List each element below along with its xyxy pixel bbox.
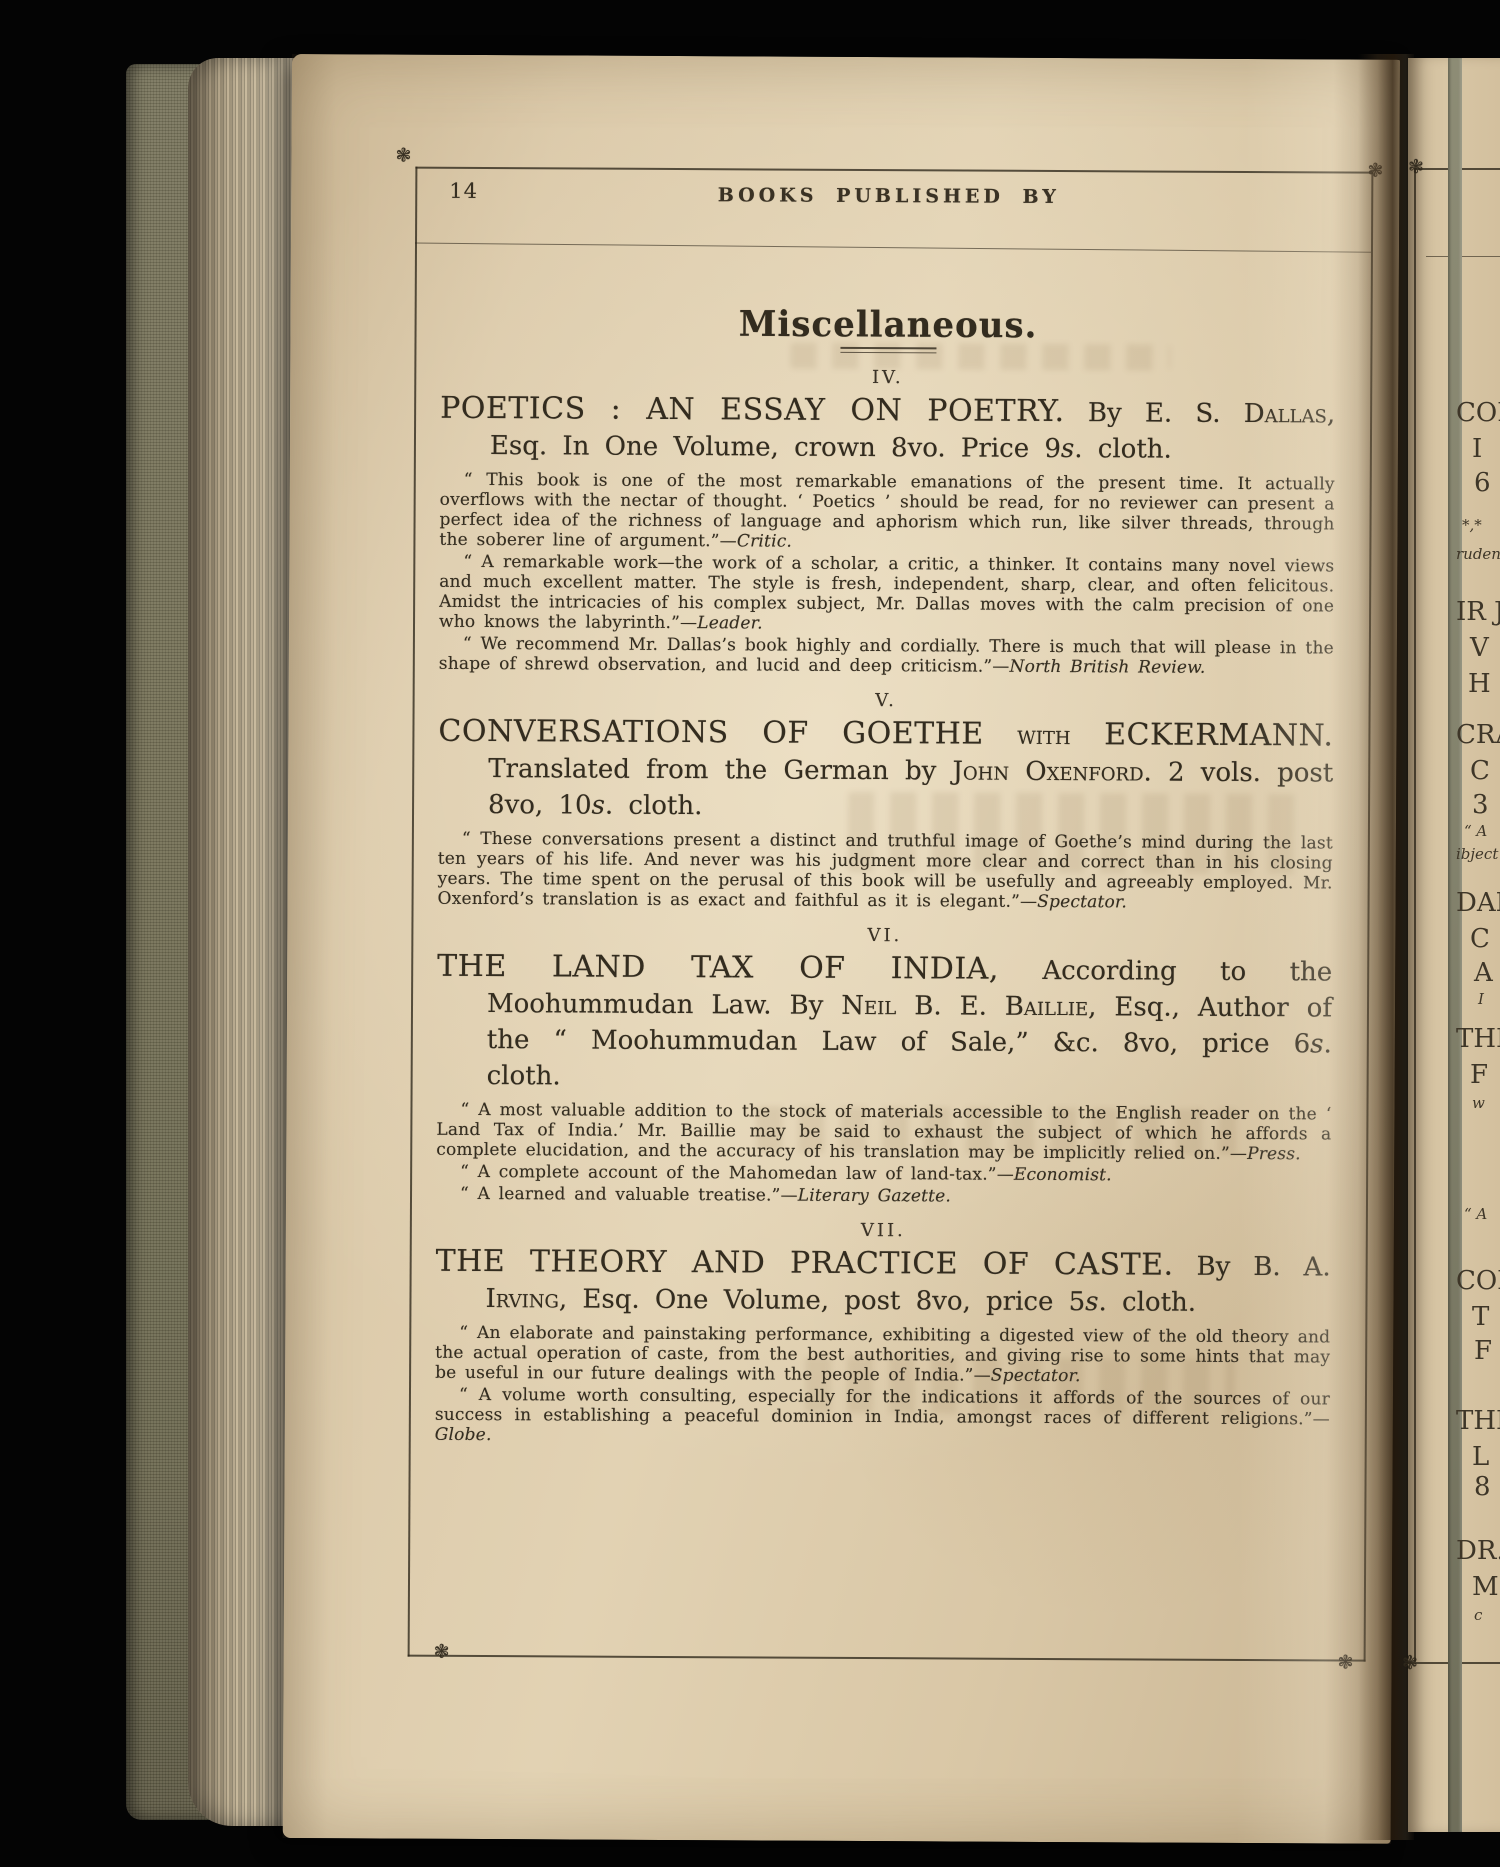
- next-page-text-fragment: CON: [1456, 1266, 1500, 1296]
- entry-reviews: “ This book is one of the most remarkabl…: [439, 470, 1335, 679]
- title-segment: THE THEORY AND PRACTICE OF CASTE.: [436, 1244, 1174, 1283]
- title-segment: s: [591, 791, 605, 821]
- page-content: Miscellaneous. IV. POETICS : AN ESSAY ON…: [435, 295, 1336, 1452]
- next-page-text-fragment: c: [1474, 1606, 1482, 1624]
- entry-title: THE LAND TAX OF INDIA, According to the …: [437, 949, 1333, 1099]
- next-page-frame-left-rule: [1414, 168, 1416, 1662]
- running-header: BOOKS PUBLISHED BY: [441, 183, 1336, 210]
- title-segment: Translated from the German by: [488, 754, 952, 786]
- review-source: Press.: [1247, 1144, 1301, 1164]
- review-quote: “ These conversations present a distinct…: [438, 829, 1333, 914]
- title-segment: , Esq. One Volume, post 8vo, price 5: [559, 1284, 1085, 1317]
- next-page-text-fragment: L: [1472, 1442, 1489, 1472]
- review-quote: “ An elaborate and painstaking performan…: [435, 1323, 1330, 1388]
- title-segment: Irving: [485, 1284, 559, 1314]
- review-text: “ These conversations present a distinct…: [438, 829, 1333, 912]
- fleuron-ornament-icon: ❃: [1408, 158, 1424, 177]
- review-source: Literary Gazette.: [798, 1186, 951, 1207]
- review-source: Critic.: [737, 531, 792, 551]
- next-page-text-fragment: THE: [1456, 1406, 1500, 1436]
- fleuron-ornament-icon: ❃: [1338, 1653, 1354, 1672]
- gutter-shadow: [1358, 54, 1414, 1840]
- review-source: Economist.: [1014, 1165, 1112, 1186]
- next-page-text-fragment: rudenc: [1456, 545, 1500, 563]
- review-quote: “ A complete account of the Mahomedan la…: [436, 1162, 1331, 1187]
- next-page-text-fragment: F: [1474, 1336, 1492, 1366]
- next-page-text-fragment: H: [1468, 669, 1491, 699]
- frame-top-rule: [415, 167, 1373, 174]
- entry-numeral: VII.: [436, 1218, 1331, 1244]
- entry-numeral: VI.: [437, 923, 1332, 949]
- next-page-text-fragment: “ A: [1464, 822, 1487, 840]
- entry-numeral: V.: [439, 688, 1334, 714]
- entry-reviews: “ An elaborate and painstaking performan…: [435, 1323, 1331, 1450]
- entry-reviews: “ A most valuable addition to the stock …: [436, 1100, 1332, 1209]
- title-segment: with: [1017, 721, 1070, 751]
- title-segment: John Oxenford: [952, 756, 1143, 787]
- next-page-fragments: COMI6*,*rudencIR JVHCRAC3“ AibjectDARCAI…: [1456, 0, 1500, 1867]
- title-segment: ECKERMANN.: [1071, 717, 1334, 753]
- title-segment: s: [1310, 1029, 1324, 1059]
- review-quote: “ A learned and valuable treatise.”—Lite…: [436, 1184, 1331, 1209]
- review-source: Spectator.: [991, 1366, 1081, 1386]
- review-text: “ A most valuable addition to the stock …: [436, 1100, 1331, 1164]
- review-text: “ A learned and valuable treatise.”—: [460, 1184, 798, 1206]
- review-quote: “ A remarkable work—the work of a schola…: [439, 552, 1334, 637]
- next-page-text-fragment: I: [1472, 434, 1482, 464]
- catalog-entry-vii: VII. THE THEORY AND PRACTICE OF CASTE. B…: [435, 1218, 1331, 1450]
- category-heading-rule: [840, 347, 936, 354]
- catalog-entry-vi: VI. THE LAND TAX OF INDIA, According to …: [436, 923, 1332, 1209]
- next-page-text-fragment: I: [1478, 990, 1484, 1008]
- next-page-text-fragment: *,*: [1462, 516, 1482, 534]
- frame-bottom-rule: [408, 1655, 1366, 1662]
- title-segment: Dallas: [1244, 399, 1327, 429]
- next-page-text-fragment: w: [1472, 1094, 1485, 1112]
- review-text: “ A volume worth consulting, especially …: [435, 1385, 1330, 1430]
- review-source: Leader.: [697, 613, 763, 633]
- review-quote: “ This book is one of the most remarkabl…: [439, 470, 1334, 555]
- entry-reviews: “ These conversations present a distinct…: [438, 829, 1333, 914]
- review-source: North British Review.: [1009, 657, 1205, 678]
- next-page-text-fragment: V: [1470, 633, 1489, 663]
- next-page-text-fragment: THE: [1456, 1024, 1500, 1054]
- title-segment: By E. S.: [1065, 398, 1244, 429]
- next-page-text-fragment: DR.: [1456, 1536, 1500, 1566]
- title-segment: . cloth.: [605, 791, 703, 822]
- next-page-text-fragment: COM: [1456, 398, 1500, 428]
- next-page-text-fragment: 6: [1474, 468, 1491, 498]
- fleuron-ornament-icon: ❃: [1402, 1654, 1418, 1673]
- review-text: “ An elaborate and painstaking performan…: [435, 1323, 1330, 1386]
- catalog-entry-iv: IV. POETICS : AN ESSAY ON POETRY. By E. …: [439, 365, 1336, 679]
- review-source: Globe.: [435, 1425, 492, 1445]
- title-segment: s: [1061, 434, 1075, 464]
- catalog-entry-v: V. CONVERSATIONS OF GOETHE with ECKERMAN…: [438, 688, 1334, 914]
- next-page-text-fragment: F: [1470, 1060, 1488, 1090]
- next-page-text-fragment: C: [1470, 924, 1490, 954]
- next-page-text-fragment: DAR: [1456, 888, 1500, 918]
- entry-numeral: IV.: [440, 365, 1335, 391]
- next-page-text-fragment: T: [1472, 1302, 1489, 1332]
- review-text: “ This book is one of the most remarkabl…: [439, 470, 1334, 551]
- category-heading: Miscellaneous.: [440, 302, 1335, 348]
- entry-title: CONVERSATIONS OF GOETHE with ECKERMANN. …: [438, 714, 1334, 828]
- review-text: “ A remarkable work—the work of a schola…: [439, 552, 1334, 633]
- frame-left-rule: [408, 167, 417, 1657]
- title-segment: . cloth.: [1098, 1287, 1196, 1318]
- review-text: “ A complete account of the Mahomedan la…: [460, 1162, 1014, 1185]
- review-source: Spectator.: [1037, 892, 1127, 912]
- entry-title: POETICS : AN ESSAY ON POETRY. By E. S. D…: [440, 391, 1335, 469]
- next-page-text-fragment: C: [1470, 756, 1490, 786]
- review-quote: “ We recommend Mr. Dallas’s book highly …: [439, 634, 1334, 679]
- fleuron-ornament-icon: ❃: [434, 1643, 450, 1662]
- next-page-text-fragment: CRA: [1456, 720, 1500, 750]
- catalog-page: ❃ ❃ ❃ ❃ 14 BOOKS PUBLISHED BY Miscellane…: [283, 54, 1400, 1844]
- next-page-text-fragment: ibject: [1456, 845, 1498, 863]
- title-segment: POETICS : AN ESSAY ON POETRY.: [440, 391, 1065, 429]
- review-quote: “ A volume worth consulting, especially …: [435, 1385, 1330, 1450]
- next-page-text-fragment: M: [1472, 1572, 1499, 1602]
- book-scan-photo: ❃ ❃ ❃ ❃ 14 BOOKS PUBLISHED BY Miscellane…: [0, 0, 1500, 1867]
- next-page-text-fragment: IR J: [1456, 597, 1500, 627]
- review-quote: “ A most valuable addition to the stock …: [436, 1100, 1331, 1165]
- title-segment: Neil B. E. Baillie: [841, 991, 1088, 1022]
- header-rule: [415, 243, 1371, 253]
- next-page-text-fragment: “ A: [1464, 1205, 1487, 1223]
- title-segment: s: [1085, 1287, 1099, 1317]
- title-segment: . cloth.: [1074, 434, 1172, 465]
- title-segment: THE LAND TAX OF INDIA,: [437, 949, 999, 987]
- next-page-text-fragment: A: [1474, 958, 1493, 988]
- next-page-text-fragment: 8: [1474, 1472, 1491, 1502]
- next-page-text-fragment: 3: [1472, 790, 1489, 820]
- entry-title: THE THEORY AND PRACTICE OF CASTE. By B. …: [435, 1244, 1330, 1322]
- title-segment: By B. A.: [1174, 1252, 1331, 1283]
- title-segment: CONVERSATIONS OF GOETHE: [438, 714, 1017, 752]
- fleuron-ornament-icon: ❃: [395, 147, 411, 166]
